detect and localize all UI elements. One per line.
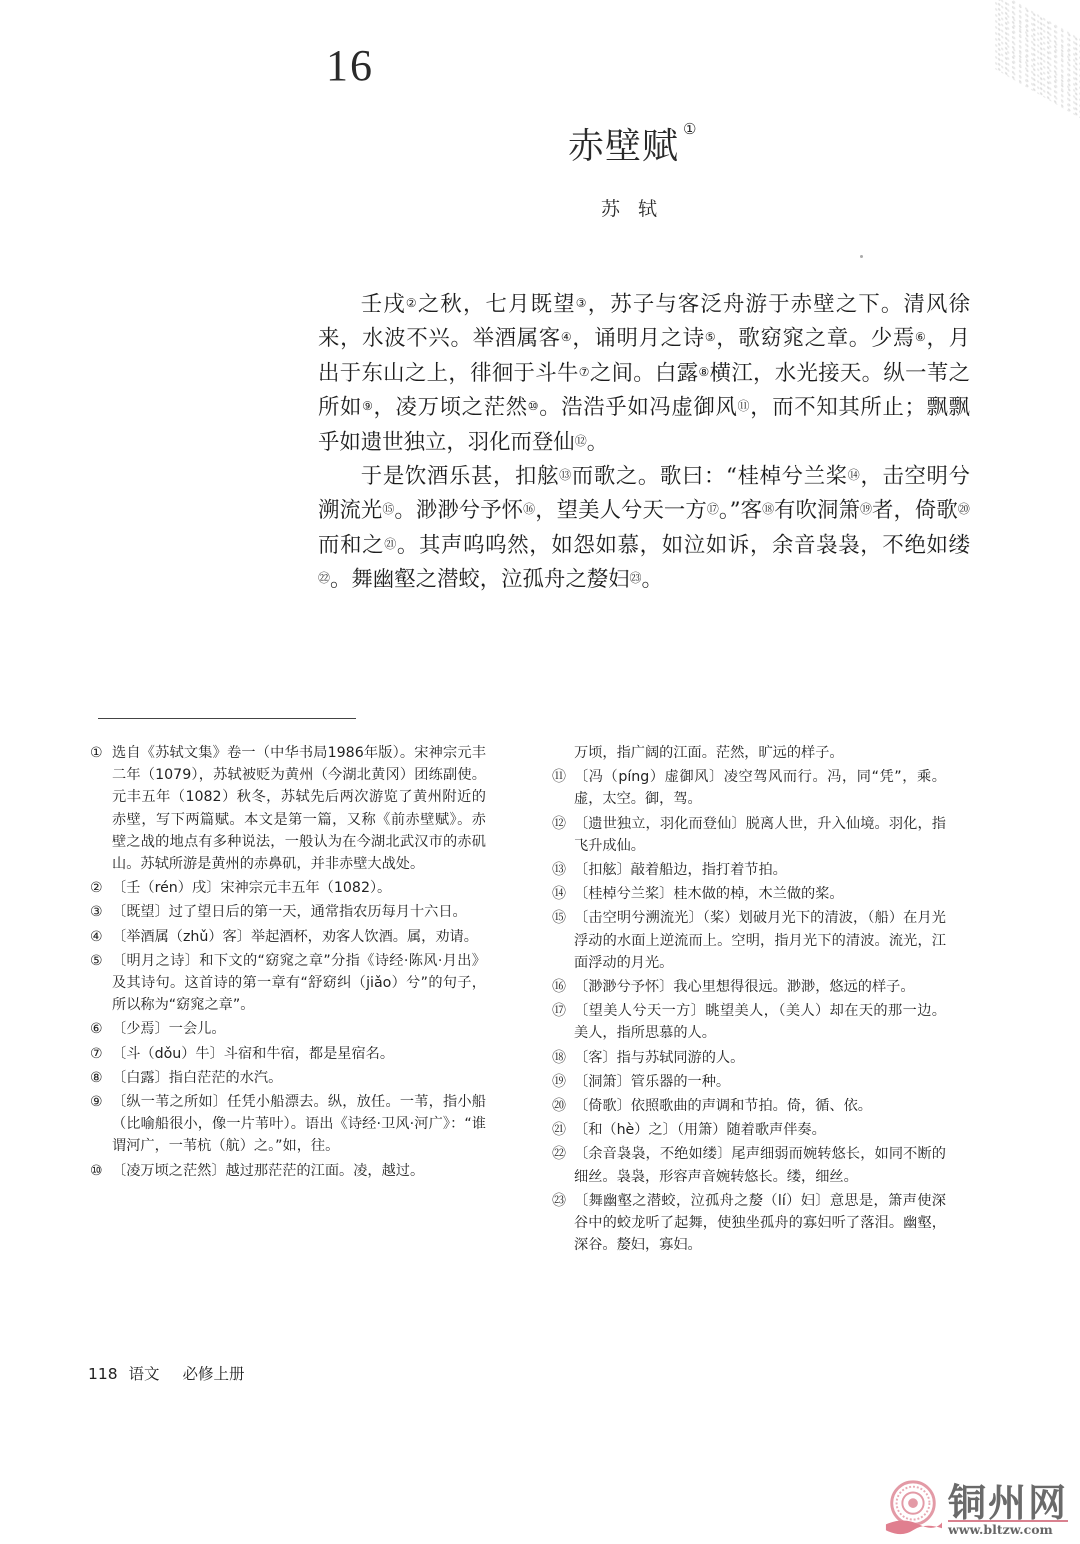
footnote-ref: ㉓ xyxy=(630,571,642,585)
footnote: ⑩〔凌万顷之茫然〕越过那茫茫的江面。凌，越过。 xyxy=(90,1160,486,1182)
footnote-text: 〔扣舷〕敲着船边，指打着节拍。 xyxy=(574,859,946,881)
footnote: ⑬〔扣舷〕敲着船边，指打着节拍。 xyxy=(552,859,946,881)
footnote: ⑱〔客〕指与苏轼同游的人。 xyxy=(552,1047,946,1069)
footnote-text: 〔击空明兮溯流光〕（桨）划破月光下的清波，（船）在月光浮动的水面上逆流而上。空明… xyxy=(574,907,946,974)
footnote: ⑰〔望美人兮天一方〕眺望美人，（美人）却在天的那一边。美人，指所思慕的人。 xyxy=(552,1000,946,1044)
footnote: ⑯〔渺渺兮予怀〕我心里想得很远。渺渺，悠远的样子。 xyxy=(552,976,946,998)
footnote-ref: ⑪ xyxy=(738,399,751,413)
footnote-number: ④ xyxy=(90,926,112,948)
text-run: ，望美人兮天一方 xyxy=(535,498,707,523)
footnote-ref: ⑮ xyxy=(382,502,394,516)
footnote: ㉑〔和（hè）之〕（用箫）随着歌声伴奏。 xyxy=(552,1119,946,1141)
footnote: ⑲〔洞箫〕管乐器的一种。 xyxy=(552,1071,946,1093)
footnote: ③〔既望〕过了望日后的第一天，通常指农历每月十六日。 xyxy=(90,901,486,923)
footnote-number: ⑬ xyxy=(552,859,574,881)
footnote: ⑮〔击空明兮溯流光〕（桨）划破月光下的清波，（船）在月光浮动的水面上逆流而上。空… xyxy=(552,907,946,974)
footnote-ref: ㉒ xyxy=(318,571,330,585)
footnote-number: ⑤ xyxy=(90,950,112,1017)
lesson-number: 16 xyxy=(326,40,374,91)
text-run: 之间。白露 xyxy=(590,361,699,386)
footnote-text: 〔既望〕过了望日后的第一天，通常指农历每月十六日。 xyxy=(112,901,486,923)
footnote-text: 〔桂棹兮兰桨〕桂木做的棹，木兰做的桨。 xyxy=(574,883,946,905)
footnote: ⑫〔遗世独立，羽化而登仙〕脱离人世，升入仙境。羽化，指飞升成仙。 xyxy=(552,813,946,857)
text-run: 。其声呜呜然，如怨如慕，如泣如诉，余音袅袅，不绝如缕 xyxy=(397,533,970,558)
footnote-text: 〔余音袅袅，不绝如缕〕尾声细弱而婉转悠长，如同不断的细丝。袅袅，形容声音婉转悠长… xyxy=(574,1143,946,1187)
footnote-number: ㉑ xyxy=(552,1119,574,1141)
title-footnote-ref: ① xyxy=(683,120,697,138)
author: 苏轼 xyxy=(601,194,675,221)
text-run: 。渺渺兮予怀 xyxy=(394,498,523,523)
footnote-number: ⑫ xyxy=(552,813,574,857)
paragraph: 于是饮酒乐甚，扣舷⑬而歌之。歌曰：“桂棹兮兰桨⑭，击空明兮溯流光⑮。渺渺兮予怀⑯… xyxy=(318,460,970,598)
footnote: ④〔举酒属（zhǔ）客〕举起酒杯，劝客人饮酒。属，劝请。 xyxy=(90,926,486,948)
footnote-text: 〔壬（rén）戌〕宋神宗元丰五年（1082）。 xyxy=(112,877,486,899)
paragraph: 壬戌②之秋，七月既望③，苏子与客泛舟游于赤壁之下。清风徐来，水波不兴。举酒属客④… xyxy=(318,288,970,460)
footnote: ⑭〔桂棹兮兰桨〕桂木做的棹，木兰做的桨。 xyxy=(552,883,946,905)
footnote-text: 〔渺渺兮予怀〕我心里想得很远。渺渺，悠远的样子。 xyxy=(574,976,946,998)
footnote-ref: ⑦ xyxy=(579,365,590,379)
footnote-ref: ⑫ xyxy=(575,434,587,448)
footnote-continuation: 万顷，指广阔的江面。茫然，旷远的样子。 xyxy=(552,742,946,764)
text-run: 于是饮酒乐甚，扣舷 xyxy=(361,464,559,489)
text-run: 。”客 xyxy=(719,498,762,523)
footnote-ref: ④ xyxy=(561,330,572,344)
footnote-number: ㉓ xyxy=(552,1190,574,1257)
footnote-number: ⑯ xyxy=(552,976,574,998)
footnote-ref: ⑨ xyxy=(362,399,373,413)
footnote-number: ⑪ xyxy=(552,766,574,810)
footnote: ⑪〔冯（píng）虚御风〕凌空驾风而行。冯，同“凭”，乘。虚，太空。御，驾。 xyxy=(552,766,946,810)
watermark-name: 铜州网 xyxy=(948,1472,1068,1527)
footnote-text: 〔少焉〕一会儿。 xyxy=(112,1018,486,1040)
text-run: ，歌窈窕之章。少焉 xyxy=(716,326,915,351)
footnote-text: 〔倚歌〕依照歌曲的声调和节拍。倚，循、依。 xyxy=(574,1095,946,1117)
footnote-ref: ㉑ xyxy=(384,537,397,551)
footnote-number: ⑰ xyxy=(552,1000,574,1044)
footnote-ref: ③ xyxy=(576,296,588,310)
footnote-number: ③ xyxy=(90,901,112,923)
footnote-number: ⑳ xyxy=(552,1095,574,1117)
text-run: 。 xyxy=(642,567,663,592)
footnote-text: 〔白露〕指白茫茫的水汽。 xyxy=(112,1067,486,1089)
footnote: ②〔壬（rén）戌〕宋神宗元丰五年（1082）。 xyxy=(90,877,486,899)
footnote: ⑨〔纵一苇之所如〕任凭小船漂去。纵，放任。一苇，指小船（比喻船很小，像一片苇叶）… xyxy=(90,1091,486,1158)
footnote: ⑤〔明月之诗〕和下文的“窈窕之章”分指《诗经·陈风·月出》及其诗句。这首诗的第一… xyxy=(90,950,486,1017)
subject-label: 语文 xyxy=(129,1365,160,1383)
text-run: 有吹洞箫 xyxy=(774,498,860,523)
page-footer: 118 语文 必修上册 xyxy=(88,1362,245,1384)
text-run: 。浩浩乎如冯虚御风 xyxy=(539,395,737,420)
footnote: ⑳〔倚歌〕依照歌曲的声调和节拍。倚，循、依。 xyxy=(552,1095,946,1117)
watermark-url: www.bltzw.com xyxy=(948,1522,1053,1537)
text-run: 而歌之。歌曰：“桂棹兮兰桨 xyxy=(572,464,848,489)
footnote-text: 〔举酒属（zhǔ）客〕举起酒杯，劝客人饮酒。属，劝请。 xyxy=(112,926,486,948)
footnote-ref: ⑭ xyxy=(848,468,861,482)
footnote-text: 〔遗世独立，羽化而登仙〕脱离人世，升入仙境。羽化，指飞升成仙。 xyxy=(574,813,946,857)
footnote: ①选自《苏轼文集》卷一（中华书局1986年版）。宋神宗元丰二年（1079），苏轼… xyxy=(90,742,486,875)
footnote-text: 〔冯（píng）虚御风〕凌空驾风而行。冯，同“凭”，乘。虚，太空。御，驾。 xyxy=(574,766,946,810)
footnote-text: 〔斗（dǒu）牛〕斗宿和牛宿，都是星宿名。 xyxy=(112,1043,486,1065)
footnote-text: 〔洞箫〕管乐器的一种。 xyxy=(574,1071,946,1093)
footnote-ref: ⑥ xyxy=(915,330,926,344)
footnote-ref: ② xyxy=(406,296,418,310)
footnote: ⑧〔白露〕指白茫茫的水汽。 xyxy=(90,1067,486,1089)
text-run: 而和之 xyxy=(318,533,384,558)
footnote-ref: ⑱ xyxy=(762,502,774,516)
page-title: 赤壁赋① xyxy=(568,118,697,169)
volume-label: 必修上册 xyxy=(182,1365,244,1383)
footnote-number: ⑥ xyxy=(90,1018,112,1040)
text-run: 壬戌 xyxy=(361,292,406,317)
main-text: 壬戌②之秋，七月既望③，苏子与客泛舟游于赤壁之下。清风徐来，水波不兴。举酒属客④… xyxy=(318,288,970,598)
footnote-text: 〔凌万顷之茫然〕越过那茫茫的江面。凌，越过。 xyxy=(112,1160,486,1182)
footnote: ⑥〔少焉〕一会儿。 xyxy=(90,1018,486,1040)
footnote-text: 〔和（hè）之〕（用箫）随着歌声伴奏。 xyxy=(574,1119,946,1141)
footnote-number: ② xyxy=(90,877,112,899)
scan-noise xyxy=(995,0,1080,121)
footnote-number: ⑮ xyxy=(552,907,574,974)
page-number: 118 xyxy=(88,1365,118,1383)
footnote-number: ⑭ xyxy=(552,883,574,905)
text-run: ，凌万顷之茫然 xyxy=(374,395,528,420)
footnote: ㉓〔舞幽壑之潜蛟，泣孤舟之嫠（lí）妇〕意思是，箫声使深谷中的蛟龙听了起舞，使独… xyxy=(552,1190,946,1257)
footnote-number: ① xyxy=(90,742,112,875)
title-text: 赤壁赋 xyxy=(568,126,679,167)
watermark-logo: 铜州网 www.bltzw.com xyxy=(880,1470,1070,1540)
footnote: ⑦〔斗（dǒu）牛〕斗宿和牛宿，都是星宿名。 xyxy=(90,1043,486,1065)
footnote-text: 选自《苏轼文集》卷一（中华书局1986年版）。宋神宗元丰二年（1079），苏轼被… xyxy=(112,742,486,875)
medallion-icon xyxy=(884,1478,942,1536)
footnote-text: 〔客〕指与苏轼同游的人。 xyxy=(574,1047,946,1069)
footnote-ref: ⑤ xyxy=(705,330,716,344)
text-run: ，诵明月之诗 xyxy=(572,326,705,351)
footnote: ㉒〔余音袅袅，不绝如缕〕尾声细弱而婉转悠长，如同不断的细丝。袅袅，形容声音婉转悠… xyxy=(552,1143,946,1187)
footnote-number: ⑩ xyxy=(90,1160,112,1182)
footnote-ref: ⑩ xyxy=(528,399,539,413)
scan-speck xyxy=(860,255,863,258)
footnote-ref: ⑰ xyxy=(707,502,719,516)
footnote-ref: ⑯ xyxy=(523,502,535,516)
footnotes-left-column: ①选自《苏轼文集》卷一（中华书局1986年版）。宋神宗元丰二年（1079），苏轼… xyxy=(90,742,486,1184)
text-run: 者，倚歌 xyxy=(872,498,958,523)
footnote-text: 〔舞幽壑之潜蛟，泣孤舟之嫠（lí）妇〕意思是，箫声使深谷中的蛟龙听了起舞，使独坐… xyxy=(574,1190,946,1257)
footnote-ref: ⑲ xyxy=(860,502,872,516)
footnote-number: ㉒ xyxy=(552,1143,574,1187)
footnote-ref: ⑳ xyxy=(958,502,970,516)
footnote-number: ⑧ xyxy=(90,1067,112,1089)
footnote-text: 〔望美人兮天一方〕眺望美人，（美人）却在天的那一边。美人，指所思慕的人。 xyxy=(574,1000,946,1044)
footnote-text: 〔明月之诗〕和下文的“窈窕之章”分指《诗经·陈风·月出》及其诗句。这首诗的第一章… xyxy=(112,950,486,1017)
footnote-text: 〔纵一苇之所如〕任凭小船漂去。纵，放任。一苇，指小船（比喻船很小，像一片苇叶）。… xyxy=(112,1091,486,1158)
footnote-divider xyxy=(98,718,356,719)
footnote-number: ⑦ xyxy=(90,1043,112,1065)
footnote-ref: ⑧ xyxy=(698,365,709,379)
footnote-ref: ⑬ xyxy=(559,468,572,482)
footnotes-right-column: 万顷，指广阔的江面。茫然，旷远的样子。 ⑪〔冯（píng）虚御风〕凌空驾风而行。… xyxy=(552,742,946,1258)
footnote-number: ⑨ xyxy=(90,1091,112,1158)
footnote-number: ⑱ xyxy=(552,1047,574,1069)
footnote-number: ⑲ xyxy=(552,1071,574,1093)
text-run: 之秋，七月既望 xyxy=(418,292,576,317)
text-run: 。 xyxy=(587,430,608,455)
text-run: 。舞幽壑之潜蛟，泣孤舟之嫠妇 xyxy=(330,567,629,592)
